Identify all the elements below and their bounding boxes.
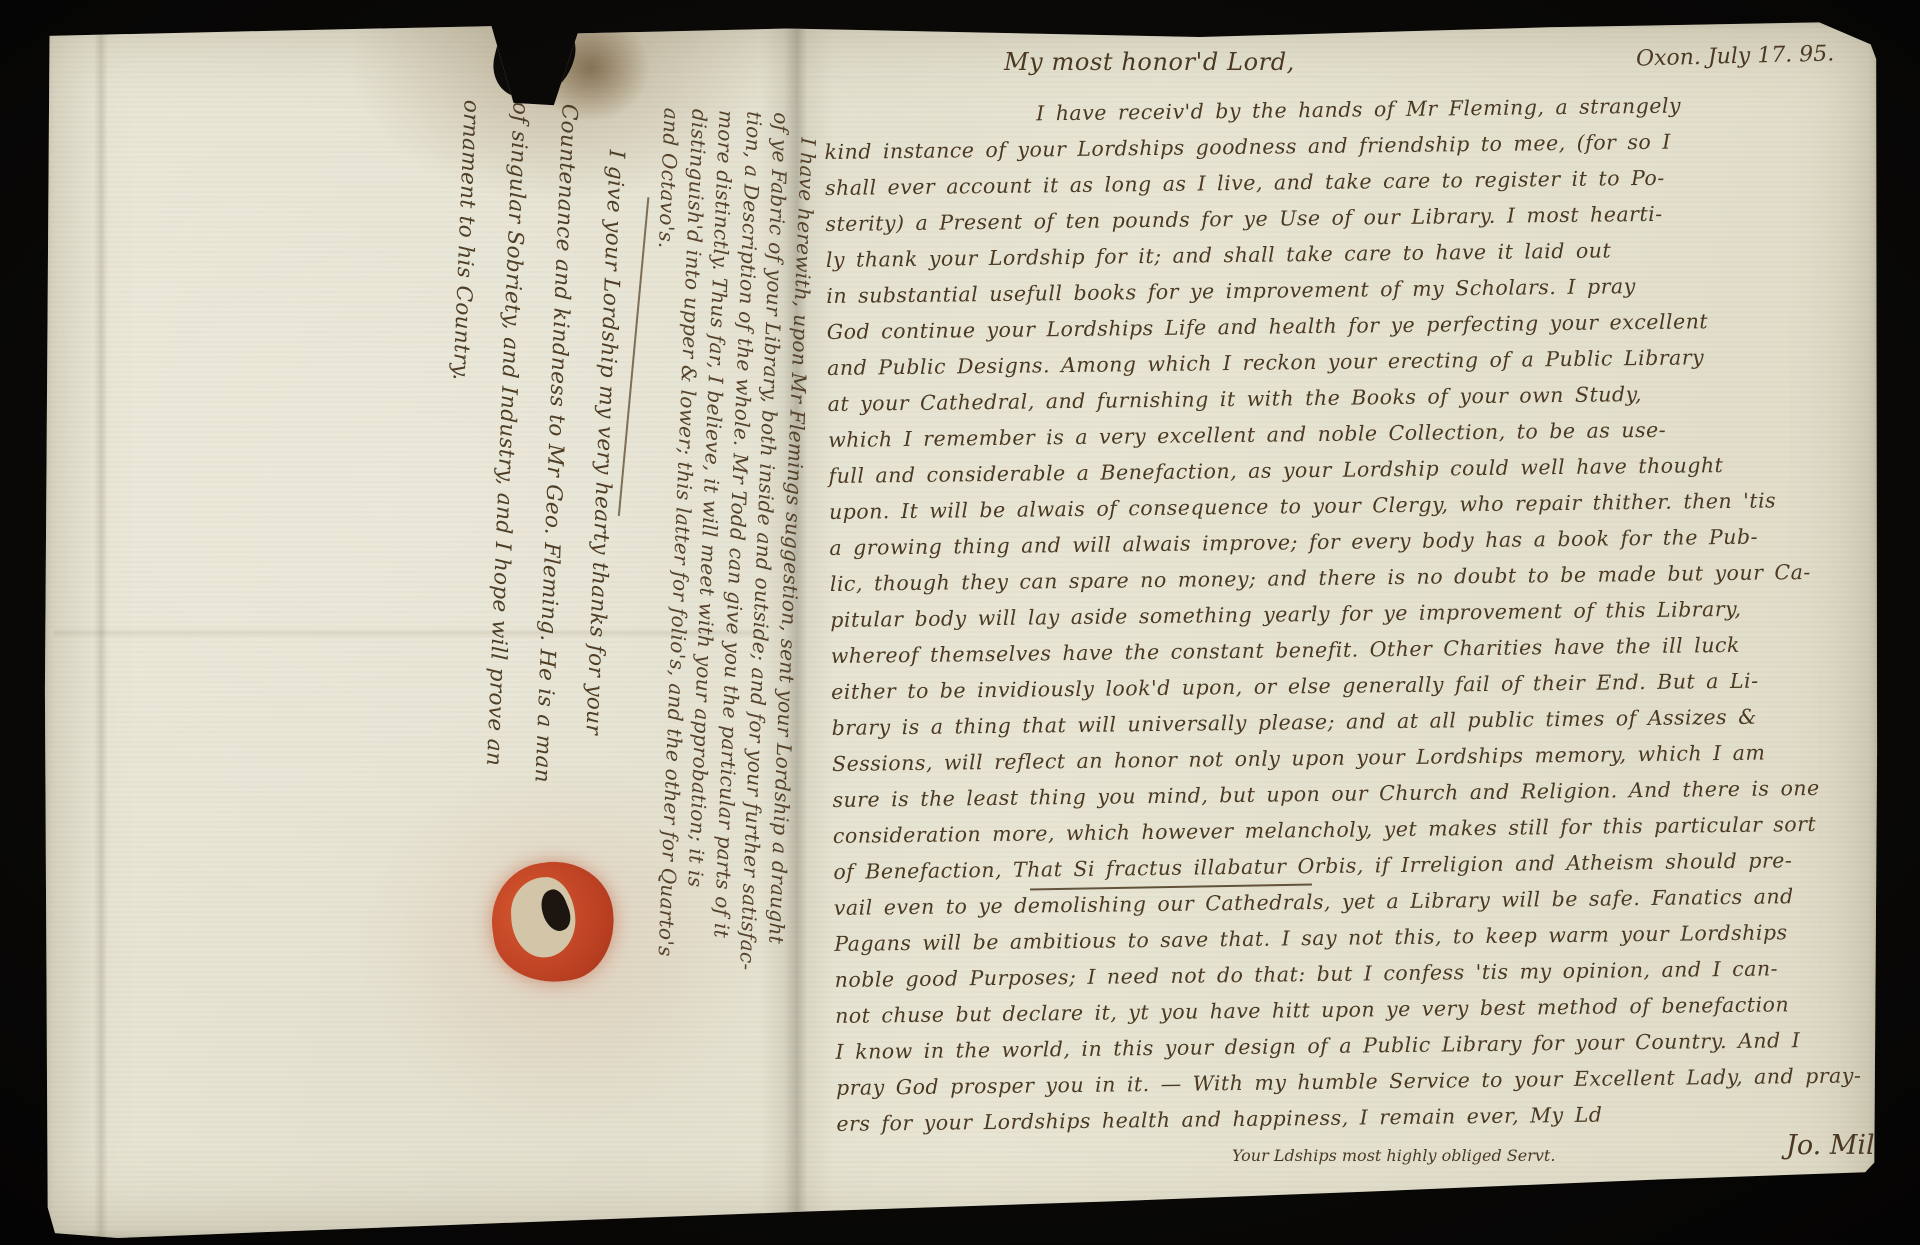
verso-paragraph-library: I have herewith, upon Mr Flemings sugges… [621,107,821,993]
letter-body: I have receiv'd by the hands of Mr Flemi… [824,91,1893,1148]
verso-postscript-block: I have herewith, upon Mr Flemings sugges… [357,97,822,994]
photo-background: I have herewith, upon Mr Flemings sugges… [0,0,1920,1245]
closing-line: Your Ldships most highly obliged Servt. [1232,1146,1555,1165]
dateline: Oxon. July 17. 95. [1636,41,1835,71]
salutation: My most honor'd Lord, [1004,48,1295,76]
signature: Jo. Mill [1786,1130,1883,1161]
manuscript-sheet: I have herewith, upon Mr Flemings sugges… [44,20,1878,1238]
verso-paragraph-thanks: I give your Lordship my very hearty than… [399,98,630,985]
